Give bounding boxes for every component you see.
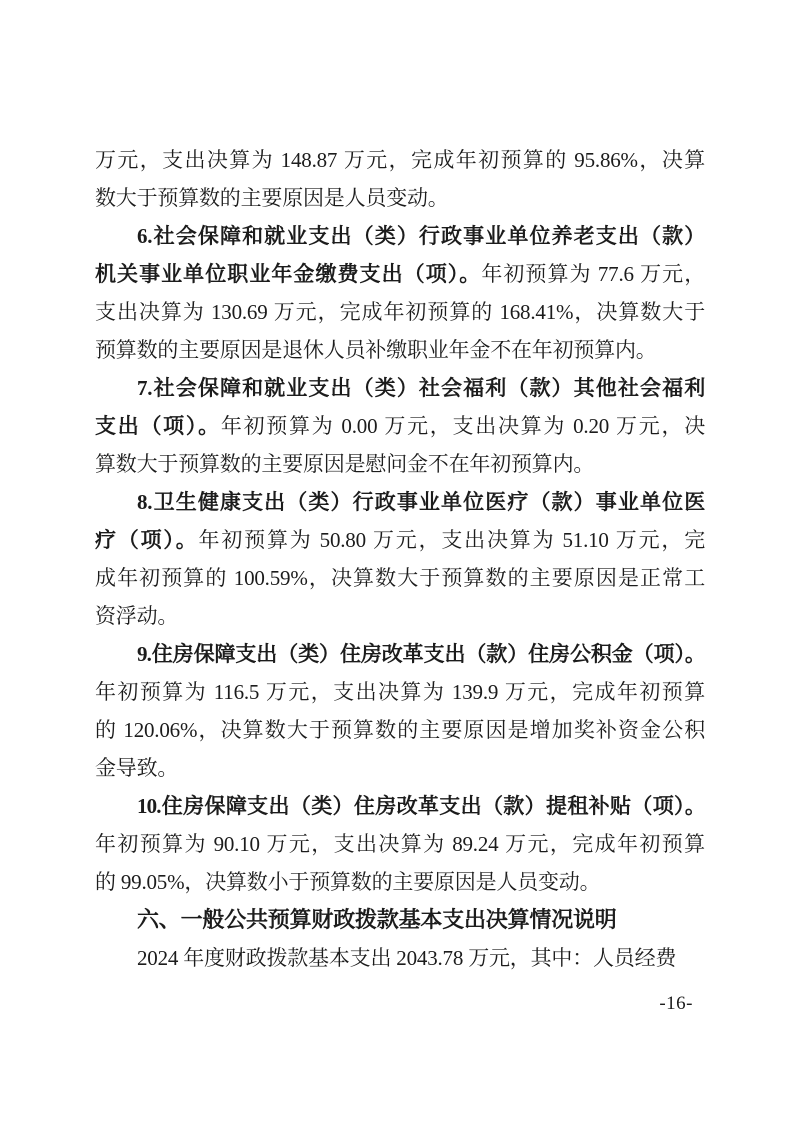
text-line: 2024 年度财政拨款基本支出 2043.78 万元，其中：人员经费 bbox=[95, 939, 705, 977]
text-line: 万元，支出决算为 148.87 万元，完成年初预算的 95.86%，决算 bbox=[95, 141, 705, 179]
text-line: 年初预算为 90.10 万元，支出决算为 89.24 万元，完成年初预算 bbox=[95, 825, 705, 863]
text-line: 9.住房保障支出（类）住房改革支出（款）住房公积金（项）。 bbox=[95, 635, 705, 673]
text-run: 数大于预算数的主要原因是人员变动。 bbox=[95, 186, 449, 210]
bold-text-run: 支出（项）。 bbox=[95, 414, 221, 438]
text-line: 算数大于预算数的主要原因是慰问金不在年初预算内。 bbox=[95, 445, 705, 483]
text-run: 年初预算为 77.6 万元， bbox=[481, 262, 705, 286]
text-run: 年初预算为 50.80 万元，支出决算为 51.10 万元，完 bbox=[199, 528, 705, 552]
text-run: 资浮动。 bbox=[95, 604, 178, 628]
text-run: 2024 年度财政拨款基本支出 2043.78 万元，其中：人员经费 bbox=[137, 946, 676, 970]
text-line: 支出决算为 130.69 万元，完成年初预算的 168.41%，决算数大于 bbox=[95, 293, 705, 331]
text-run: 金导致。 bbox=[95, 756, 178, 780]
text-line: 疗（项）。年初预算为 50.80 万元，支出决算为 51.10 万元，完 bbox=[95, 521, 705, 559]
text-line: 年初预算为 116.5 万元，支出决算为 139.9 万元，完成年初预算 bbox=[95, 673, 705, 711]
text-run: 的 99.05%，决算数小于预算数的主要原因是人员变动。 bbox=[95, 870, 600, 894]
bold-text-run: 10.住房保障支出（类）住房改革支出（款）提租补贴（项）。 bbox=[137, 794, 705, 818]
text-run: 支出决算为 130.69 万元，完成年初预算的 168.41%，决算数大于 bbox=[95, 300, 705, 324]
bold-text-run: 7.社会保障和就业支出（类）社会福利（款）其他社会福利 bbox=[137, 376, 705, 400]
text-run: 万元，支出决算为 148.87 万元，完成年初预算的 95.86%，决算 bbox=[95, 148, 705, 172]
text-line: 机关事业单位职业年金缴费支出（项）。年初预算为 77.6 万元， bbox=[95, 255, 705, 293]
text-line: 预算数的主要原因是退休人员补缴职业年金不在年初预算内。 bbox=[95, 331, 705, 369]
text-line: 的 99.05%，决算数小于预算数的主要原因是人员变动。 bbox=[95, 863, 705, 901]
text-run: 预算数的主要原因是退休人员补缴职业年金不在年初预算内。 bbox=[95, 338, 657, 362]
text-line: 10.住房保障支出（类）住房改革支出（款）提租补贴（项）。 bbox=[95, 787, 705, 825]
text-run: 算数大于预算数的主要原因是慰问金不在年初预算内。 bbox=[95, 452, 594, 476]
text-run: 年初预算为 90.10 万元，支出决算为 89.24 万元，完成年初预算 bbox=[95, 832, 705, 856]
text-line: 6.社会保障和就业支出（类）行政事业单位养老支出（款） bbox=[95, 217, 705, 255]
page-number: -16- bbox=[659, 991, 693, 1017]
text-line: 的 120.06%，决算数大于预算数的主要原因是增加奖补资金公积 bbox=[95, 711, 705, 749]
text-run: 成年初预算的 100.59%，决算数大于预算数的主要原因是正常工 bbox=[95, 566, 705, 590]
text-block: 万元，支出决算为 148.87 万元，完成年初预算的 95.86%，决算数大于预… bbox=[95, 141, 705, 977]
bold-text-run: 9.住房保障支出（类）住房改革支出（款）住房公积金（项）。 bbox=[137, 642, 705, 666]
text-line: 成年初预算的 100.59%，决算数大于预算数的主要原因是正常工 bbox=[95, 559, 705, 597]
bold-text-run: 8.卫生健康支出（类）行政事业单位医疗（款）事业单位医 bbox=[137, 490, 705, 514]
text-line: 金导致。 bbox=[95, 749, 705, 787]
text-line: 8.卫生健康支出（类）行政事业单位医疗（款）事业单位医 bbox=[95, 483, 705, 521]
bold-text-run: 机关事业单位职业年金缴费支出（项）。 bbox=[95, 262, 481, 286]
section-heading-line: 六、一般公共预算财政拨款基本支出决算情况说明 bbox=[95, 901, 705, 939]
text-line: 数大于预算数的主要原因是人员变动。 bbox=[95, 179, 705, 217]
text-run: 年初预算为 0.00 万元，支出决算为 0.20 万元，决 bbox=[221, 414, 705, 438]
text-line: 资浮动。 bbox=[95, 597, 705, 635]
bold-text-run: 疗（项）。 bbox=[95, 528, 199, 552]
text-run: 的 120.06%，决算数大于预算数的主要原因是增加奖补资金公积 bbox=[95, 718, 705, 742]
text-line: 支出（项）。年初预算为 0.00 万元，支出决算为 0.20 万元，决 bbox=[95, 407, 705, 445]
text-run: 年初预算为 116.5 万元，支出决算为 139.9 万元，完成年初预算 bbox=[95, 680, 705, 704]
document-page: 万元，支出决算为 148.87 万元，完成年初预算的 95.86%，决算数大于预… bbox=[0, 0, 793, 1122]
text-line: 7.社会保障和就业支出（类）社会福利（款）其他社会福利 bbox=[95, 369, 705, 407]
bold-text-run: 6.社会保障和就业支出（类）行政事业单位养老支出（款） bbox=[137, 224, 705, 248]
bold-text-run: 六、一般公共预算财政拨款基本支出决算情况说明 bbox=[137, 907, 617, 932]
